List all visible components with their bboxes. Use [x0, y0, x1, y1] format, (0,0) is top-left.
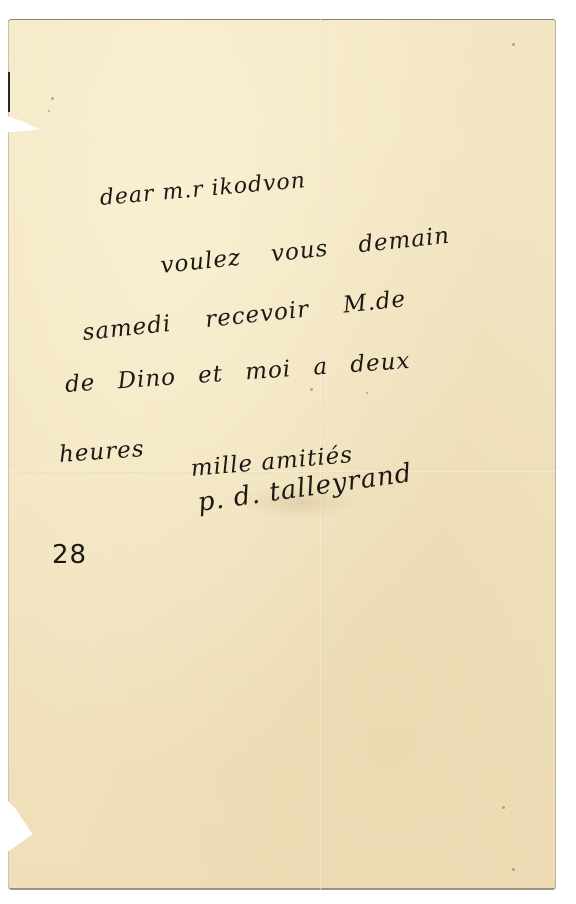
paper-speck: [48, 110, 50, 112]
paper-speck: [512, 868, 515, 871]
page-number: 28: [52, 540, 87, 570]
paper-speck: [512, 43, 515, 46]
edge-ink-mark: [8, 72, 10, 112]
paper-speck: [366, 392, 368, 394]
paper-speck: [51, 97, 54, 100]
paper-speck: [502, 806, 505, 809]
paper-speck: [310, 388, 313, 391]
